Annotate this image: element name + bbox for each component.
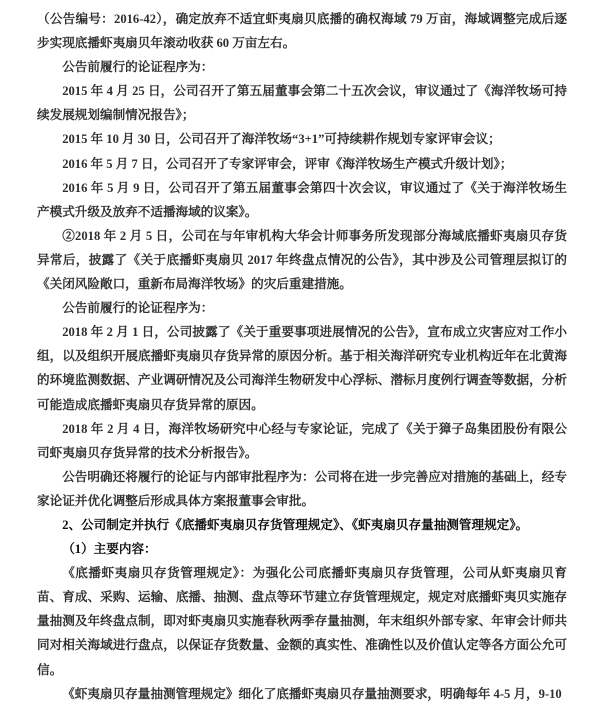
paragraph: 公告明确还将履行的论证与内部审批程序为：公司将在进一步完善应对措施的基础上，经专… [37,465,567,513]
paragraph: ②2018 年 2 月 5 日，公司在与年审机构大华会计师事务所发现部分海域底播… [37,224,567,296]
paragraph: 2015 年 4 月 25 日，公司召开了第五届董事会第二十五次会议，审议通过了… [37,79,567,127]
paragraph: 公告前履行的论证程序为： [37,296,567,320]
paragraph: 2016 年 5 月 7 日，公司召开了专家评审会，评审《海洋牧场生产模式升级计… [37,152,567,176]
subsection-heading: （1）主要内容： [37,537,567,561]
paragraph: 2018 年 2 月 4 日，海洋牧场研究中心经与专家论证，完成了《关于獐子岛集… [37,417,567,465]
paragraph-truncated: 《虾夷扇贝存量抽测管理规定》细化了底播虾夷扇贝存量抽测要求，明确每年 4-5 月… [37,682,567,706]
paragraph: 公告前履行的论证程序为： [37,55,567,79]
paragraph-continuation: （公告编号：2016-42），确定放弃不适宜虾夷扇贝底播的确权海域 79 万亩，… [37,7,567,55]
section-heading: 2、公司制定并执行《底播虾夷扇贝存货管理规定》、《虾夷扇贝存量抽测管理规定》。 [37,513,567,537]
document-page: （公告编号：2016-42），确定放弃不适宜虾夷扇贝底播的确权海域 79 万亩，… [0,0,600,711]
paragraph: 2018 年 2 月 1 日，公司披露了《关于重要事项进展情况的公告》，宣布成立… [37,320,567,416]
paragraph: 《底播虾夷扇贝存货管理规定》：为强化公司底播虾夷扇贝存货管理，公司从虾夷扇贝育苗… [37,561,567,681]
paragraph: 2016 年 5 月 9 日，公司召开了第五届董事会第四十次会议，审议通过了《关… [37,176,567,224]
paragraph: 2015 年 10 月 30 日，公司召开了海洋牧场“3+1”可持续耕作规划专家… [37,127,567,151]
